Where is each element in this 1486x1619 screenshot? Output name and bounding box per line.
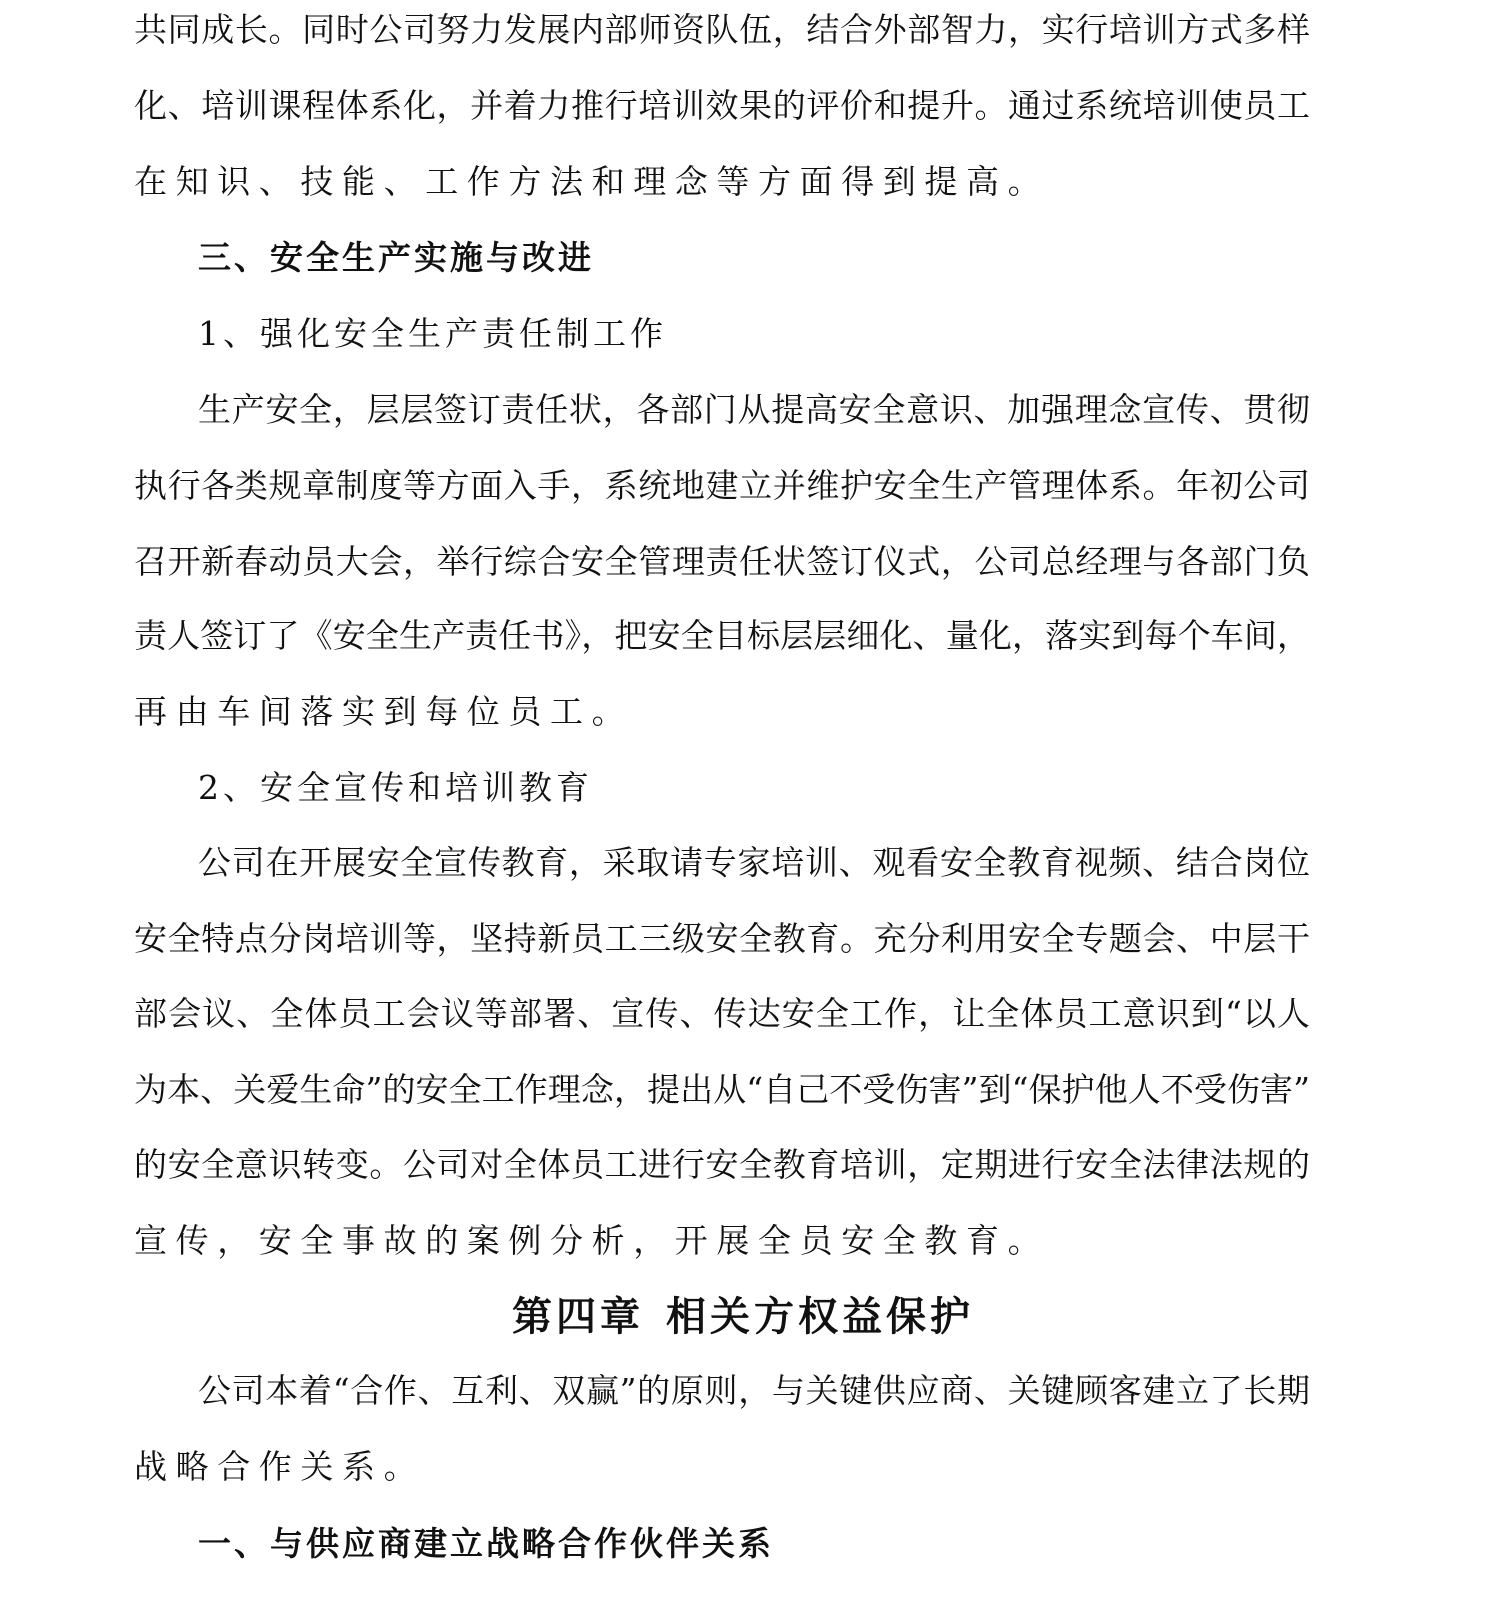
chapter-number: 第四章 xyxy=(512,1294,644,1340)
paragraph-line: 公司本着“合作、互利、双赢”的原则，与关键供应商、关键顾客建立了长期 xyxy=(198,1371,1310,1411)
paragraph-line: 生产安全，层层签订责任状，各部门从提高安全意识、加强理念宣传、贯彻 xyxy=(198,390,1310,430)
chapter-title: 第四章相关方权益保护 xyxy=(0,1293,1486,1341)
paragraph-line: 执行各类规章制度等方面入手，系统地建立并维护安全生产管理体系。年初公司 xyxy=(134,466,1310,506)
paragraph-line: 公司在开展安全宣传教育，采取请专家培训、观看安全教育视频、结合岗位 xyxy=(198,843,1310,883)
paragraph-line: 化、培训课程体系化，并着力推行培训效果的评价和提升。通过系统培训使员工 xyxy=(134,86,1310,126)
paragraph-line: 宣传，安全事故的案例分析，开展全员安全教育。 xyxy=(134,1221,1310,1261)
paragraph-line: 战略合作关系。 xyxy=(134,1447,1310,1487)
paragraph-line: 安全特点分岗培训等，坚持新员工三级安全教育。充分利用安全专题会、中层干 xyxy=(134,919,1310,959)
paragraph-line: 责人签订了《安全生产责任书》，把安全目标层层细化、量化，落实到每个车间， xyxy=(134,616,1310,656)
subheading-safety-training: 2、安全宣传和培训教育 xyxy=(198,768,1310,808)
paragraph-line: 再由车间落实到每位员工。 xyxy=(134,692,1310,732)
section-heading-supplier-partnership: 一、与供应商建立战略合作伙伴关系 xyxy=(198,1524,1310,1564)
paragraph-line: 共同成长。同时公司努力发展内部师资队伍，结合外部智力，实行培训方式多样 xyxy=(134,10,1310,50)
section-heading-safety-production: 三、安全生产实施与改进 xyxy=(198,238,1310,278)
chapter-name: 相关方权益保护 xyxy=(666,1294,974,1340)
paragraph-line: 为本、关爱生命”的安全工作理念，提出从“自己不受伤害”到“保护他人不受伤害” xyxy=(134,1070,1310,1110)
paragraph-line: 部会议、全体员工会议等部署、宣传、传达安全工作，让全体员工意识到“以人 xyxy=(134,994,1310,1034)
paragraph-line: 召开新春动员大会，举行综合安全管理责任状签订仪式，公司总经理与各部门负 xyxy=(134,542,1310,582)
subheading-responsibility-system: 1、强化安全生产责任制工作 xyxy=(198,314,1310,354)
document-page: 共同成长。同时公司努力发展内部师资队伍，结合外部智力，实行培训方式多样 化、培训… xyxy=(0,0,1486,1619)
paragraph-line: 的安全意识转变。公司对全体员工进行安全教育培训，定期进行安全法律法规的 xyxy=(134,1145,1310,1185)
paragraph-line: 在知识、技能、工作方法和理念等方面得到提高。 xyxy=(134,162,1310,202)
